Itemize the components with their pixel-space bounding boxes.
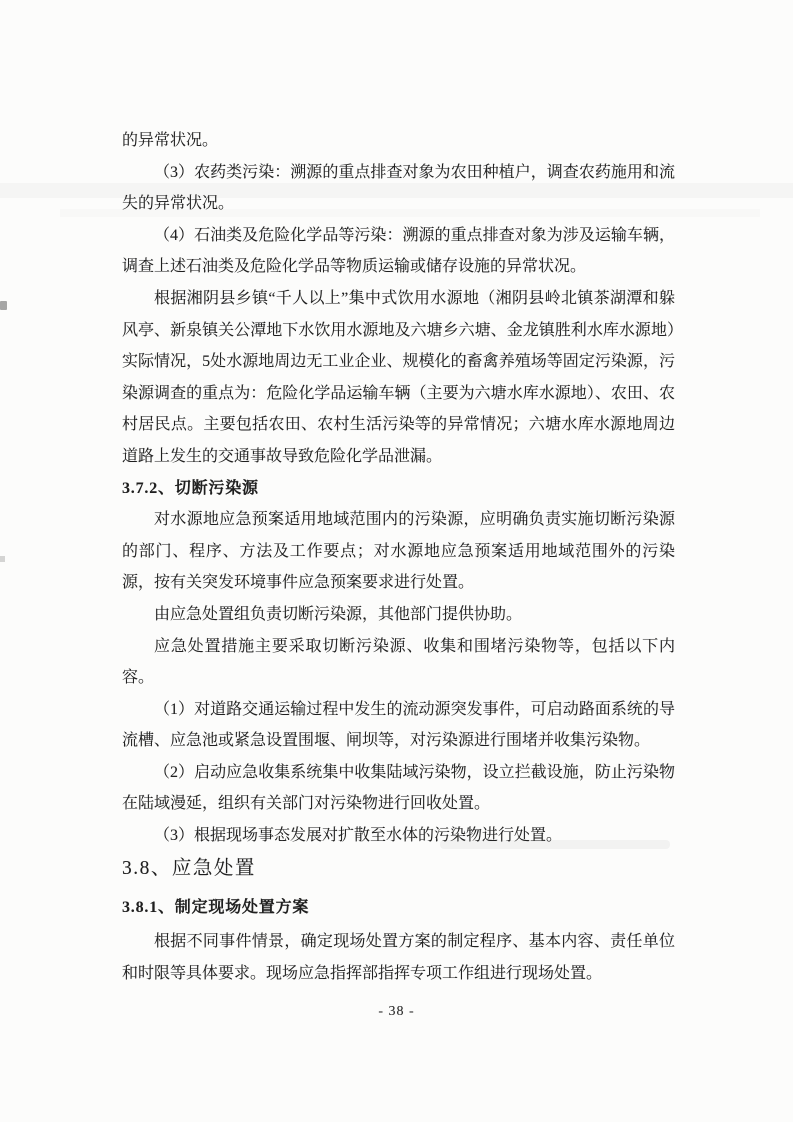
paragraph-item-4-petroleum: （4）石油类及危险化学品等污染：溯源的重点排查对象为涉及运输车辆，调查上述石油类…	[122, 220, 675, 283]
paragraph-measure-3-waterbody: （3）根据现场事态发展对扩散至水体的污染物进行处置。	[122, 820, 675, 852]
scan-artifact-edge-mark	[0, 556, 5, 562]
paragraph-water-source-survey: 根据湘阴县乡镇“千人以上”集中式饮用水源地（湘阴县岭北镇茶湖潭和躲风亭、新泉镇关…	[122, 283, 675, 473]
heading-3-7-2-cut-pollution: 3.7.2、切断污染源	[122, 473, 675, 505]
page-number: - 38 -	[0, 1004, 793, 1020]
scanned-document-page: 的异常状况。 （3）农药类污染：溯源的重点排查对象为农田种植户，调查农药施用和流…	[0, 0, 793, 1122]
paragraph-continuation: 的异常状况。	[122, 125, 675, 157]
scan-artifact-edge-mark	[0, 301, 7, 310]
heading-3-8-1-onsite-plan: 3.8.1、制定现场处置方案	[122, 892, 675, 924]
document-body: 的异常状况。 （3）农药类污染：溯源的重点排查对象为农田种植户，调查农药施用和流…	[122, 125, 675, 989]
paragraph-item-3-pesticide: （3）农药类污染：溯源的重点排查对象为农田种植户，调查农药施用和流失的异常状况。	[122, 157, 675, 220]
paragraph-plan-scope: 对水源地应急预案适用地域范围内的污染源，应明确负责实施切断污染源的部门、程序、方…	[122, 504, 675, 599]
paragraph-measures-intro: 应急处置措施主要采取切断污染源、收集和围堵污染物等，包括以下内容。	[122, 631, 675, 694]
heading-3-8-emergency-disposal: 3.8、应急处置	[122, 852, 675, 885]
paragraph-measure-2-collection: （2）启动应急收集系统集中收集陆域污染物，设立拦截设施，防止污染物在陆域漫延，组…	[122, 757, 675, 820]
paragraph-responsible-group: 由应急处置组负责切断污染源，其他部门提供协助。	[122, 599, 675, 631]
paragraph-onsite-plan-body: 根据不同事件情景，确定现场处置方案的制定程序、基本内容、责任单位和时限等具体要求…	[122, 926, 675, 989]
paragraph-measure-1-road: （1）对道路交通运输过程中发生的流动源突发事件，可启动路面系统的导流槽、应急池或…	[122, 694, 675, 757]
